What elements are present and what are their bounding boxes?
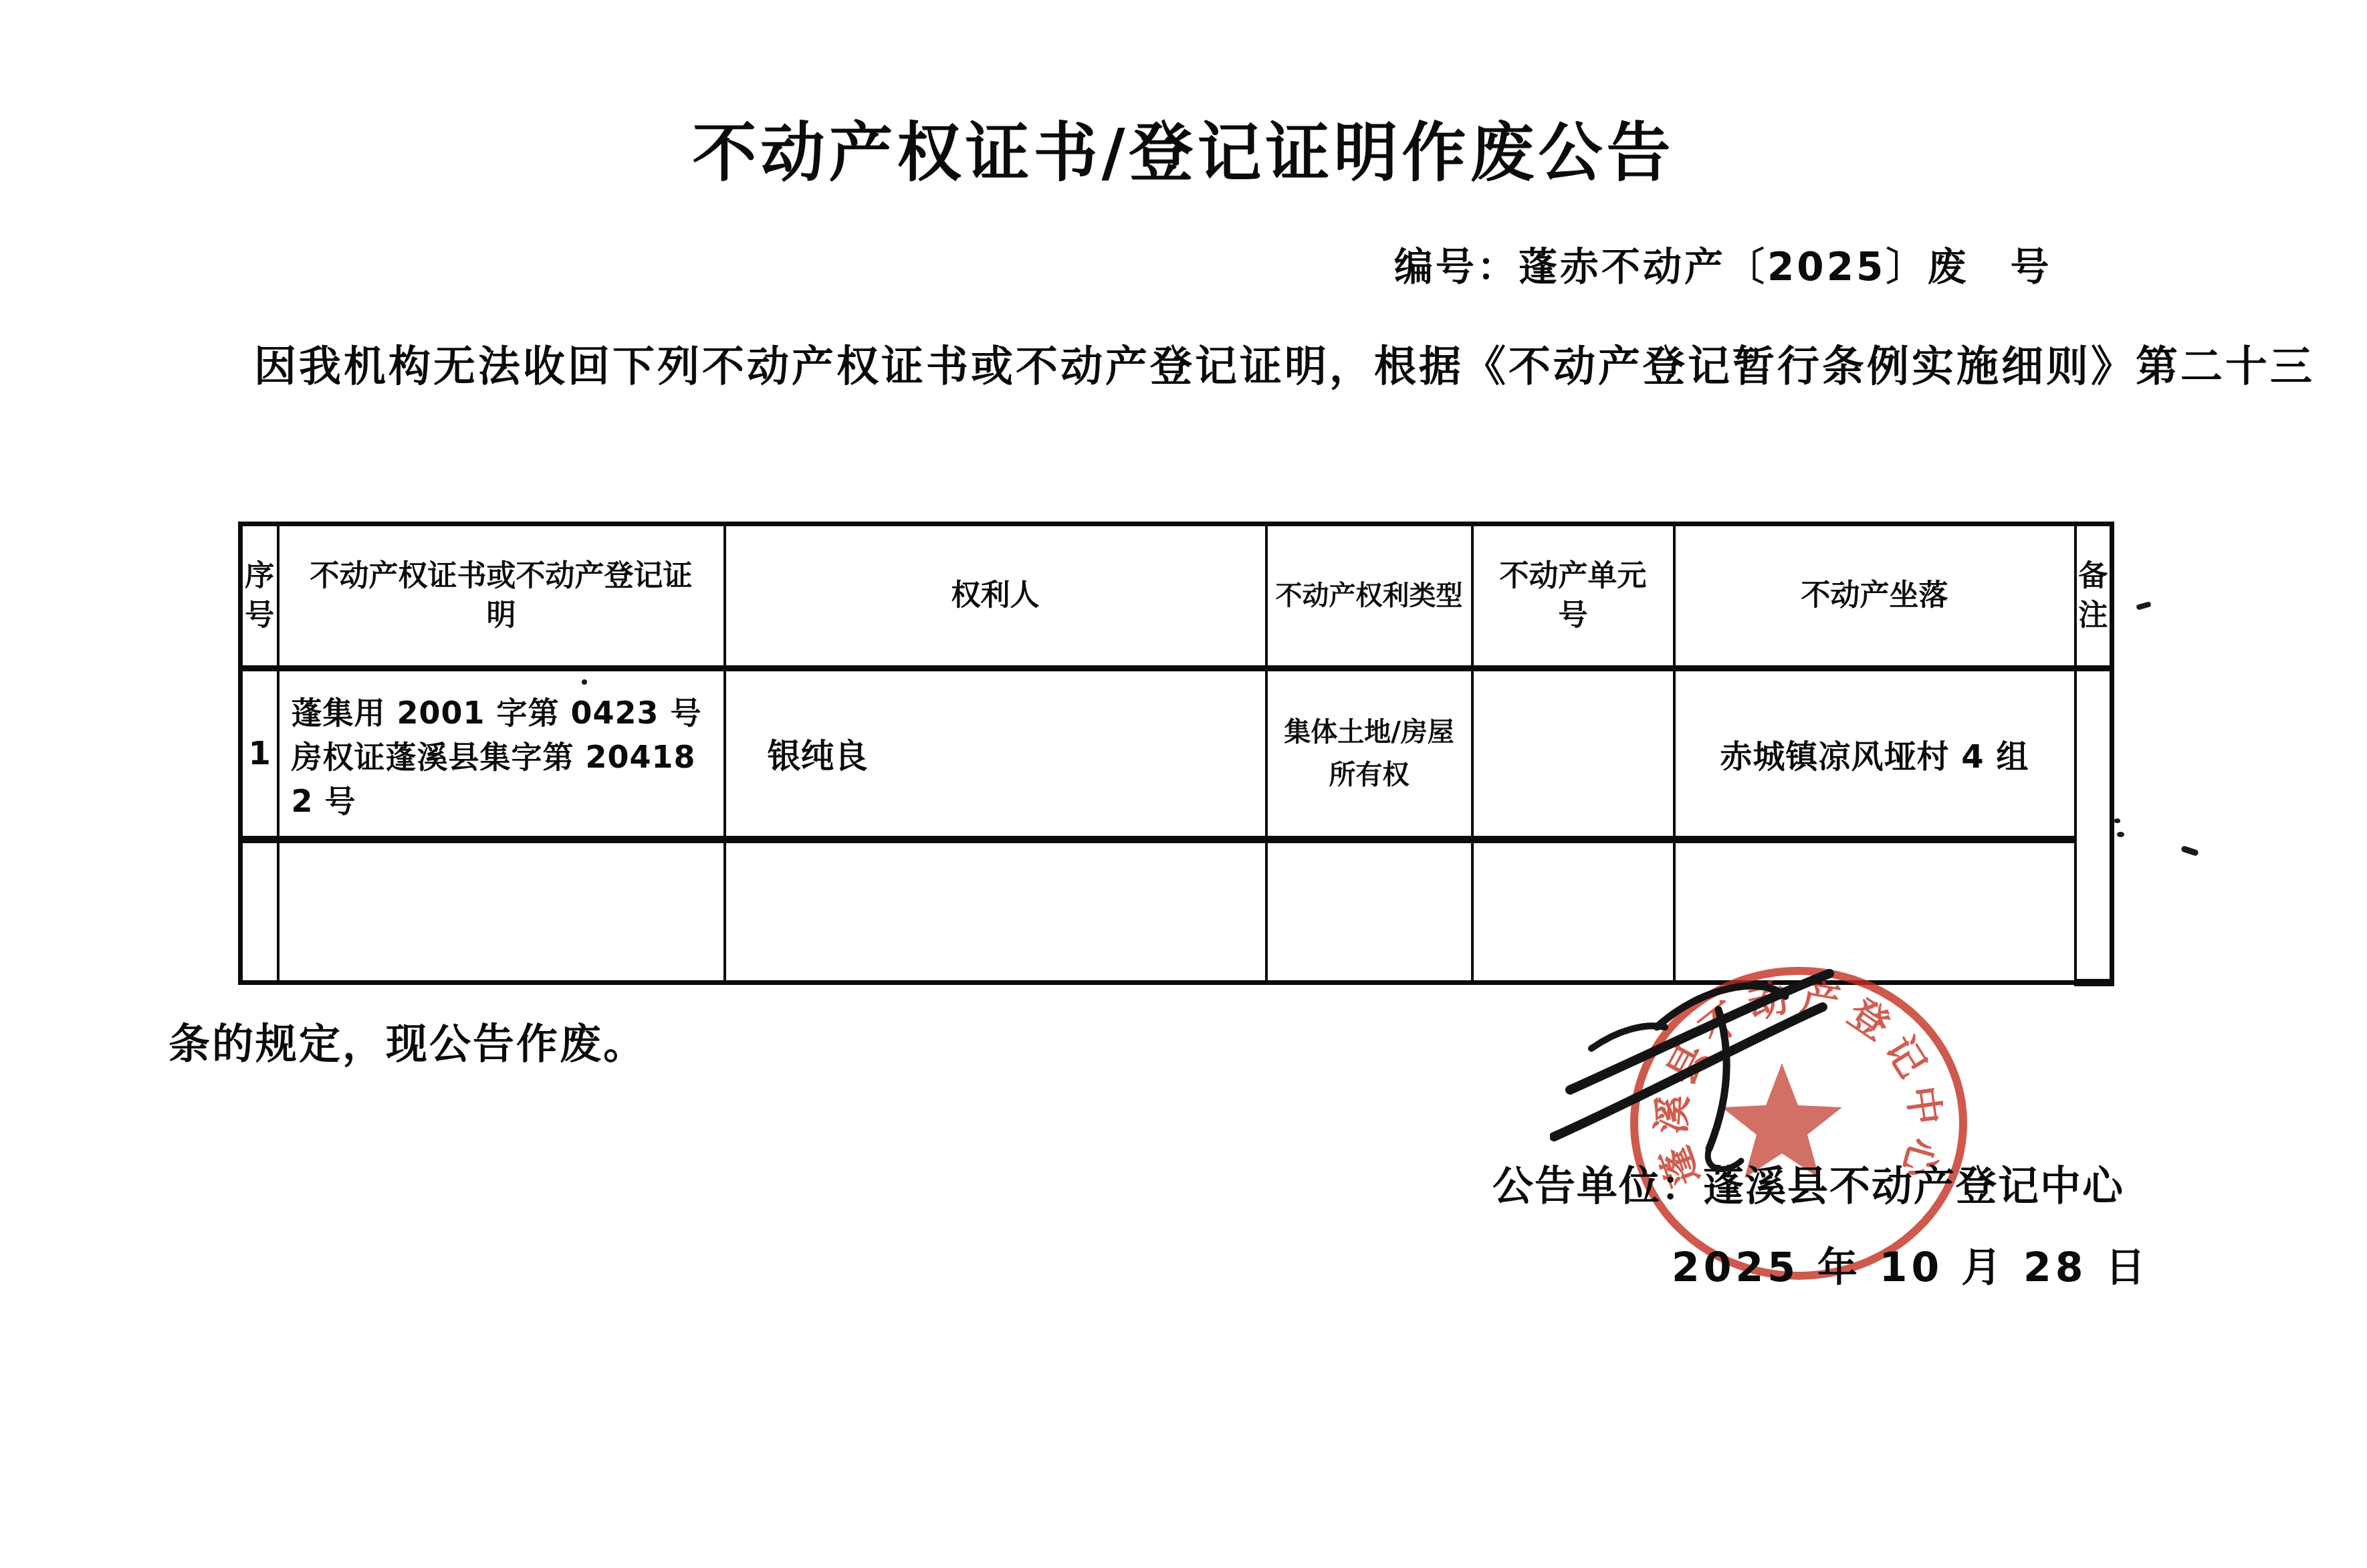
date-line: 2025 年 10 月 28 日 [1672,1236,2149,1293]
body-paragraph-line1: 因我机构无法收回下列不动产权证书或不动产登记证明，根据《不动产登记暂行条例实施细… [168,338,2367,395]
header-location: 不动产坐落 [1674,524,2075,669]
body-paragraph-line2: 条的规定，现公告作废。 [168,1011,647,1071]
header-unit-number: 不动产单元号 [1472,524,1674,669]
cell-right-type: 集体土地/房屋 所有权 [1266,669,1472,840]
certificate-line-1: 蓬集用 2001 字第 0423 号 [292,689,702,733]
handwritten-signature [1550,948,1837,1175]
scan-speck [2180,845,2199,857]
cell-remark [2075,669,2112,983]
cell-index-empty [241,840,278,983]
doc-number-line: 编号：蓬赤不动产〔2025〕废 号 [1394,235,2051,292]
cell-holder: 银纯良 [725,669,1266,840]
cell-certificates: 蓬集用 2001 字第 0423 号 房权证蓬溪县集字第 204182 号 [278,669,725,840]
header-certificate-label: 不动产权证书或不动产登记证明 [301,556,702,636]
right-type-line-2: 所有权 [1268,754,1471,796]
cell-certificates-empty [278,840,725,983]
header-index: 序号 [241,524,278,669]
header-right-type: 不动产权利类型 [1266,524,1472,669]
cell-right-type-empty [1266,840,1472,983]
page-title: 不动产权证书/登记证明作废公告 [0,102,2367,193]
seal-ring-char: 中 [1898,1083,1948,1128]
seal-ring-char: 记 [1876,1028,1935,1085]
scanned-document-page: 不动产权证书/登记证明作废公告 编号：蓬赤不动产〔2025〕废 号 因我机构无法… [0,0,2367,1568]
certificate-line-2: 房权证蓬溪县集字第 204182 号 [292,733,714,821]
header-unit-number-label: 不动产单元号 [1492,556,1654,636]
cell-unit-number [1472,669,1674,840]
cell-holder-empty [725,840,1266,983]
scan-speck [2136,601,2151,610]
header-certificate: 不动产权证书或不动产登记证明 [278,524,725,669]
table-row: 1 蓬集用 2001 字第 0423 号 房权证蓬溪县集字第 204182 号 … [241,669,2112,840]
invalidation-table: 序号 不动产权证书或不动产登记证明 权利人 不动产权利类型 不动产单元号 不动产… [238,522,2114,986]
cell-index: 1 [241,669,278,840]
table-header-row: 序号 不动产权证书或不动产登记证明 权利人 不动产权利类型 不动产单元号 不动产… [241,524,2112,669]
header-remark: 备注 [2075,524,2112,669]
scan-speck [2117,832,2124,837]
cell-location: 赤城镇凉风垭村 4 组 [1674,669,2075,840]
right-type-line-1: 集体土地/房屋 [1268,711,1471,754]
scan-speck [582,679,587,685]
scan-speck [2114,818,2120,823]
header-holder: 权利人 [725,524,1266,669]
